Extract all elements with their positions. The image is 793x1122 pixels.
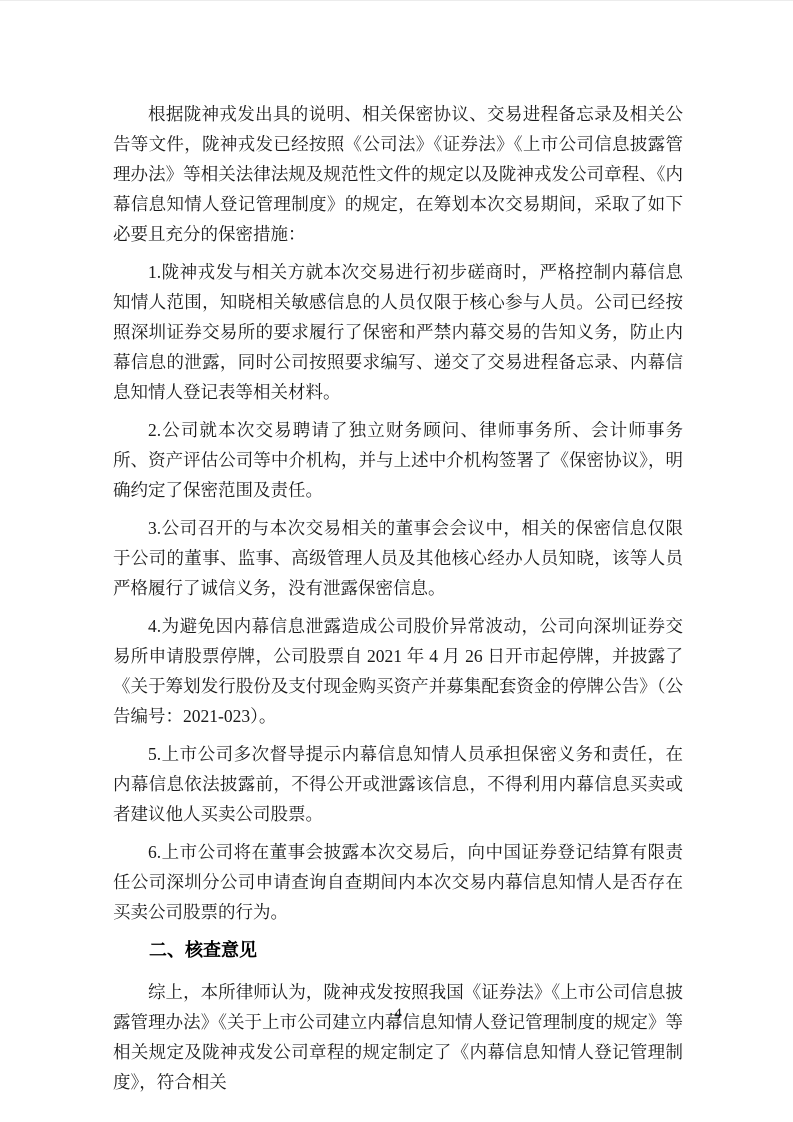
page-number: 4: [113, 1004, 683, 1024]
document-page: 根据陇神戎发出具的说明、相关保密协议、交易进程备忘录及相关公告等文件，陇神戎发已…: [0, 0, 793, 1122]
paragraph-measure-6: 6.上市公司将在董事会披露本次交易后，向中国证券登记结算有限责任公司深圳分公司申…: [113, 837, 683, 927]
paragraph-conclusion: 综上，本所律师认为，陇神戎发按照我国《证券法》《上市公司信息披露管理办法》《关于…: [113, 977, 683, 1097]
paragraph-measure-4: 4.为避免因内幕信息泄露造成公司股价异常波动，公司向深圳证券交易所申请股票停牌，…: [113, 611, 683, 731]
section-heading-review-opinion: 二、核查意见: [113, 935, 683, 965]
paragraph-measure-3: 3.公司召开的与本次交易相关的董事会会议中，相关的保密信息仅限于公司的董事、监事…: [113, 513, 683, 603]
paragraph-measures-intro: 根据陇神戎发出具的说明、相关保密协议、交易进程备忘录及相关公告等文件，陇神戎发已…: [113, 99, 683, 249]
paragraph-measure-5: 5.上市公司多次督导提示内幕信息知情人员承担保密义务和责任，在内幕信息依法披露前…: [113, 739, 683, 829]
paragraph-measure-2: 2.公司就本次交易聘请了独立财务顾问、律师事务所、会计师事务所、资产评估公司等中…: [113, 415, 683, 505]
paragraph-measure-1: 1.陇神戎发与相关方就本次交易进行初步磋商时，严格控制内幕信息知情人范围，知晓相…: [113, 257, 683, 407]
document-body: 根据陇神戎发出具的说明、相关保密协议、交易进程备忘录及相关公告等文件，陇神戎发已…: [113, 99, 683, 1097]
